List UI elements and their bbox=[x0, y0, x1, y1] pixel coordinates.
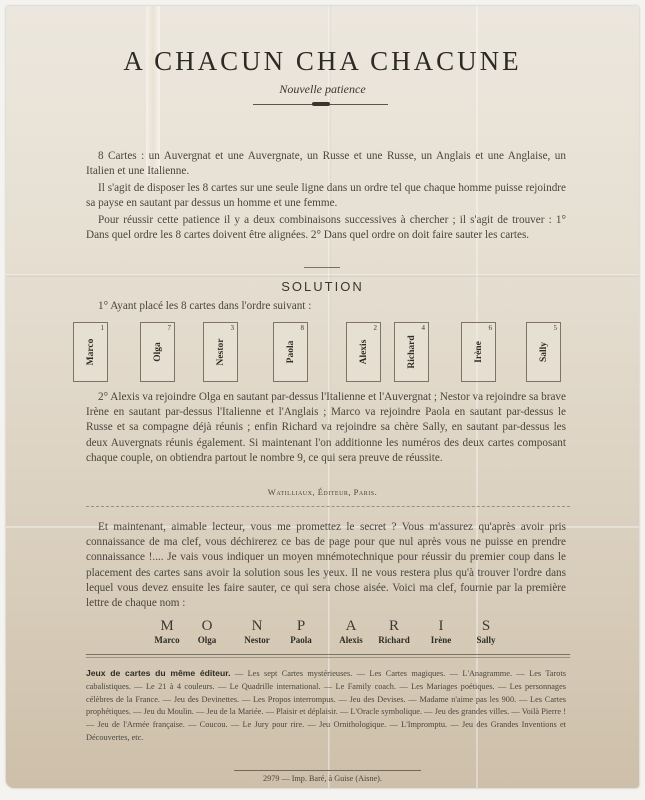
printer-line: 2979 — Imp. Baré, à Guise (Aisne). bbox=[6, 774, 639, 783]
intro-paragraph: Il s'agit de disposer les 8 cartes sur u… bbox=[86, 181, 566, 211]
document-title: A CHACUN CHA CHACUNE bbox=[6, 46, 639, 77]
mnemonic-name: Olga bbox=[182, 634, 232, 646]
catalog-list: Jeux de cartes du même éditeur. — Les se… bbox=[86, 667, 566, 745]
playing-card: 7Olga bbox=[140, 322, 175, 382]
mnemonic-key: MMarcoOOlgaNNestorPPaolaAAlexisRRichardI… bbox=[6, 618, 639, 652]
catalog-text: — Les sept Cartes mystérieuses. — Les Ca… bbox=[86, 669, 566, 742]
double-rule bbox=[86, 654, 570, 658]
mnemonic-column: RRichard bbox=[369, 618, 419, 646]
cut-line bbox=[86, 506, 570, 507]
mnemonic-column: IIrène bbox=[416, 618, 466, 646]
card-name: Alexis bbox=[359, 340, 369, 365]
card-name: Marco bbox=[86, 339, 96, 366]
playing-card: 4Richard bbox=[394, 322, 429, 382]
card-number: 1 bbox=[101, 324, 105, 332]
card-number: 2 bbox=[374, 324, 378, 332]
playing-card: 6Irène bbox=[461, 322, 496, 382]
divider bbox=[304, 267, 340, 268]
playing-card: 8Paola bbox=[273, 322, 308, 382]
solution-step-2: 2° Alexis va rejoindre Olga en sautant p… bbox=[86, 390, 566, 466]
card-number: 8 bbox=[301, 324, 305, 332]
publisher-line: Watilliaux, Éditeur, Paris. bbox=[6, 487, 639, 497]
mnemonic-letter: I bbox=[416, 618, 466, 634]
mnemonic-column: OOlga bbox=[182, 618, 232, 646]
catalog-lead: Jeux de cartes du même éditeur. bbox=[86, 668, 230, 678]
paper-sheet: A CHACUN CHA CHACUNE Nouvelle patience 8… bbox=[6, 6, 639, 788]
intro-paragraph: 8 Cartes : un Auvergnat et une Auvergnat… bbox=[86, 149, 566, 179]
card-row: 1Marco7Olga3Nestor8Paola2Alexis4Richard6… bbox=[6, 322, 639, 384]
document-content: A CHACUN CHA CHACUNE Nouvelle patience 8… bbox=[6, 6, 639, 788]
card-name: Nestor bbox=[216, 339, 226, 366]
card-number: 5 bbox=[554, 324, 558, 332]
mnemonic-letter: S bbox=[461, 618, 511, 634]
mnemonic-column: PPaola bbox=[276, 618, 326, 646]
mnemonic-letter: P bbox=[276, 618, 326, 634]
mnemonic-column: SSally bbox=[461, 618, 511, 646]
card-name: Sally bbox=[539, 342, 549, 362]
card-name: Paola bbox=[286, 341, 296, 364]
mnemonic-letter: N bbox=[232, 618, 282, 634]
solution-heading: SOLUTION bbox=[6, 279, 639, 294]
card-number: 3 bbox=[231, 324, 235, 332]
mnemonic-letter: R bbox=[369, 618, 419, 634]
mnemonic-name: Richard bbox=[369, 634, 419, 646]
card-number: 4 bbox=[422, 324, 426, 332]
intro-paragraph: Pour réussir cette patience il y a deux … bbox=[86, 213, 566, 243]
mnemonic-name: Nestor bbox=[232, 634, 282, 646]
playing-card: 2Alexis bbox=[346, 322, 381, 382]
mnemonic-letter: O bbox=[182, 618, 232, 634]
solution-step-1: 1° Ayant placé les 8 cartes dans l'ordre… bbox=[86, 299, 566, 314]
ornament-center bbox=[312, 102, 330, 106]
card-number: 7 bbox=[168, 324, 172, 332]
card-name: Irène bbox=[474, 341, 484, 363]
playing-card: 5Sally bbox=[526, 322, 561, 382]
mnemonic-paragraph: Et maintenant, aimable lecteur, vous me … bbox=[86, 520, 566, 611]
printer-rule bbox=[234, 770, 421, 771]
playing-card: 1Marco bbox=[73, 322, 108, 382]
playing-card: 3Nestor bbox=[203, 322, 238, 382]
card-name: Olga bbox=[153, 342, 163, 362]
card-number: 6 bbox=[489, 324, 493, 332]
mnemonic-name: Sally bbox=[461, 634, 511, 646]
mnemonic-name: Irène bbox=[416, 634, 466, 646]
card-name: Richard bbox=[407, 335, 417, 368]
mnemonic-name: Paola bbox=[276, 634, 326, 646]
mnemonic-column: NNestor bbox=[232, 618, 282, 646]
document-subtitle: Nouvelle patience bbox=[6, 82, 639, 97]
